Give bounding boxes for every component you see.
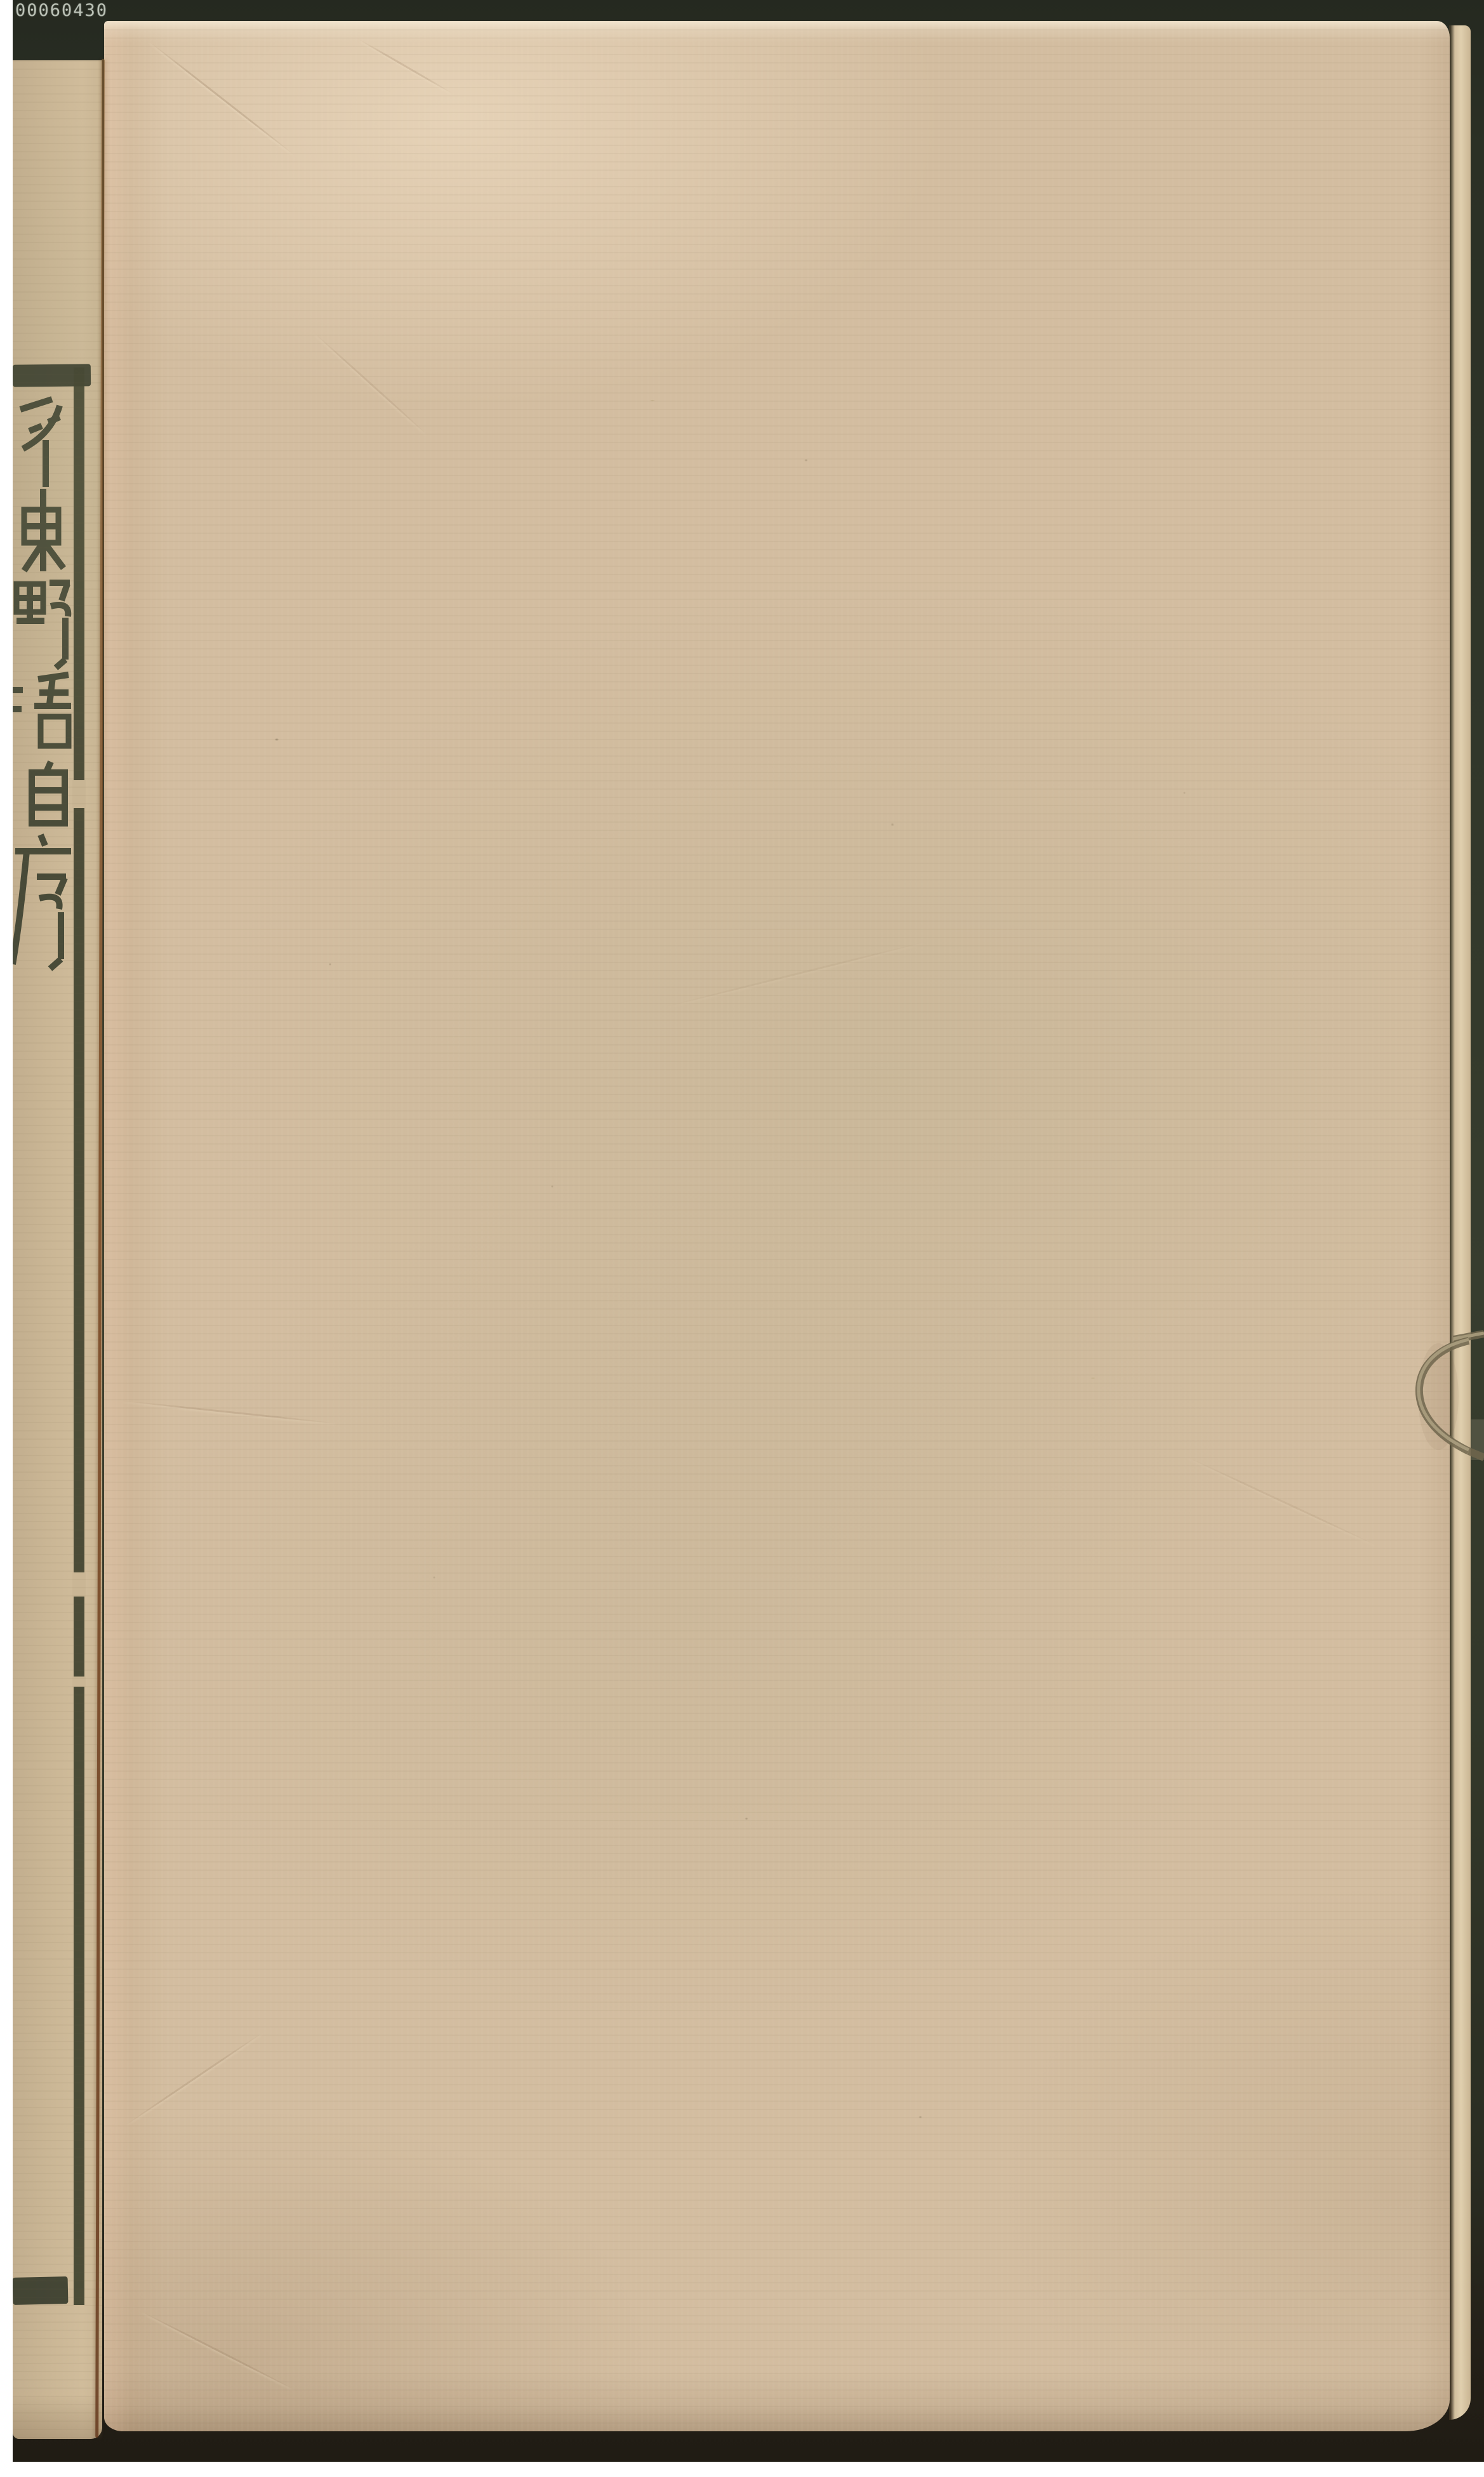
image-id-number: 00060430 bbox=[15, 1, 108, 21]
chinese-title-strokes bbox=[13, 390, 76, 974]
book-scan: 00060430 齊東野語自序 bbox=[0, 0, 1484, 2477]
paper-crease bbox=[141, 2311, 295, 2390]
paper-crease bbox=[359, 39, 453, 95]
scan-border-left bbox=[0, 0, 13, 2477]
paper-crease bbox=[314, 332, 428, 435]
paper-crease bbox=[1186, 1456, 1377, 1546]
paper-specks bbox=[104, 21, 1450, 2431]
previous-page-edge: 齊東野語自序 bbox=[13, 60, 102, 2439]
paper-crease bbox=[123, 1400, 337, 1424]
fore-edge-leaves bbox=[1449, 25, 1471, 2420]
previous-page-frame-bottom-border bbox=[13, 2276, 68, 2305]
scan-border-bottom bbox=[0, 2462, 1484, 2477]
paper-crease bbox=[666, 941, 925, 1007]
paper-crease bbox=[125, 2032, 263, 2126]
paper-crease bbox=[149, 41, 295, 156]
frame-border-gap bbox=[72, 1572, 86, 1597]
frame-border-gap bbox=[72, 1677, 86, 1687]
blank-page bbox=[104, 21, 1450, 2431]
metal-clip bbox=[1410, 1325, 1484, 1464]
